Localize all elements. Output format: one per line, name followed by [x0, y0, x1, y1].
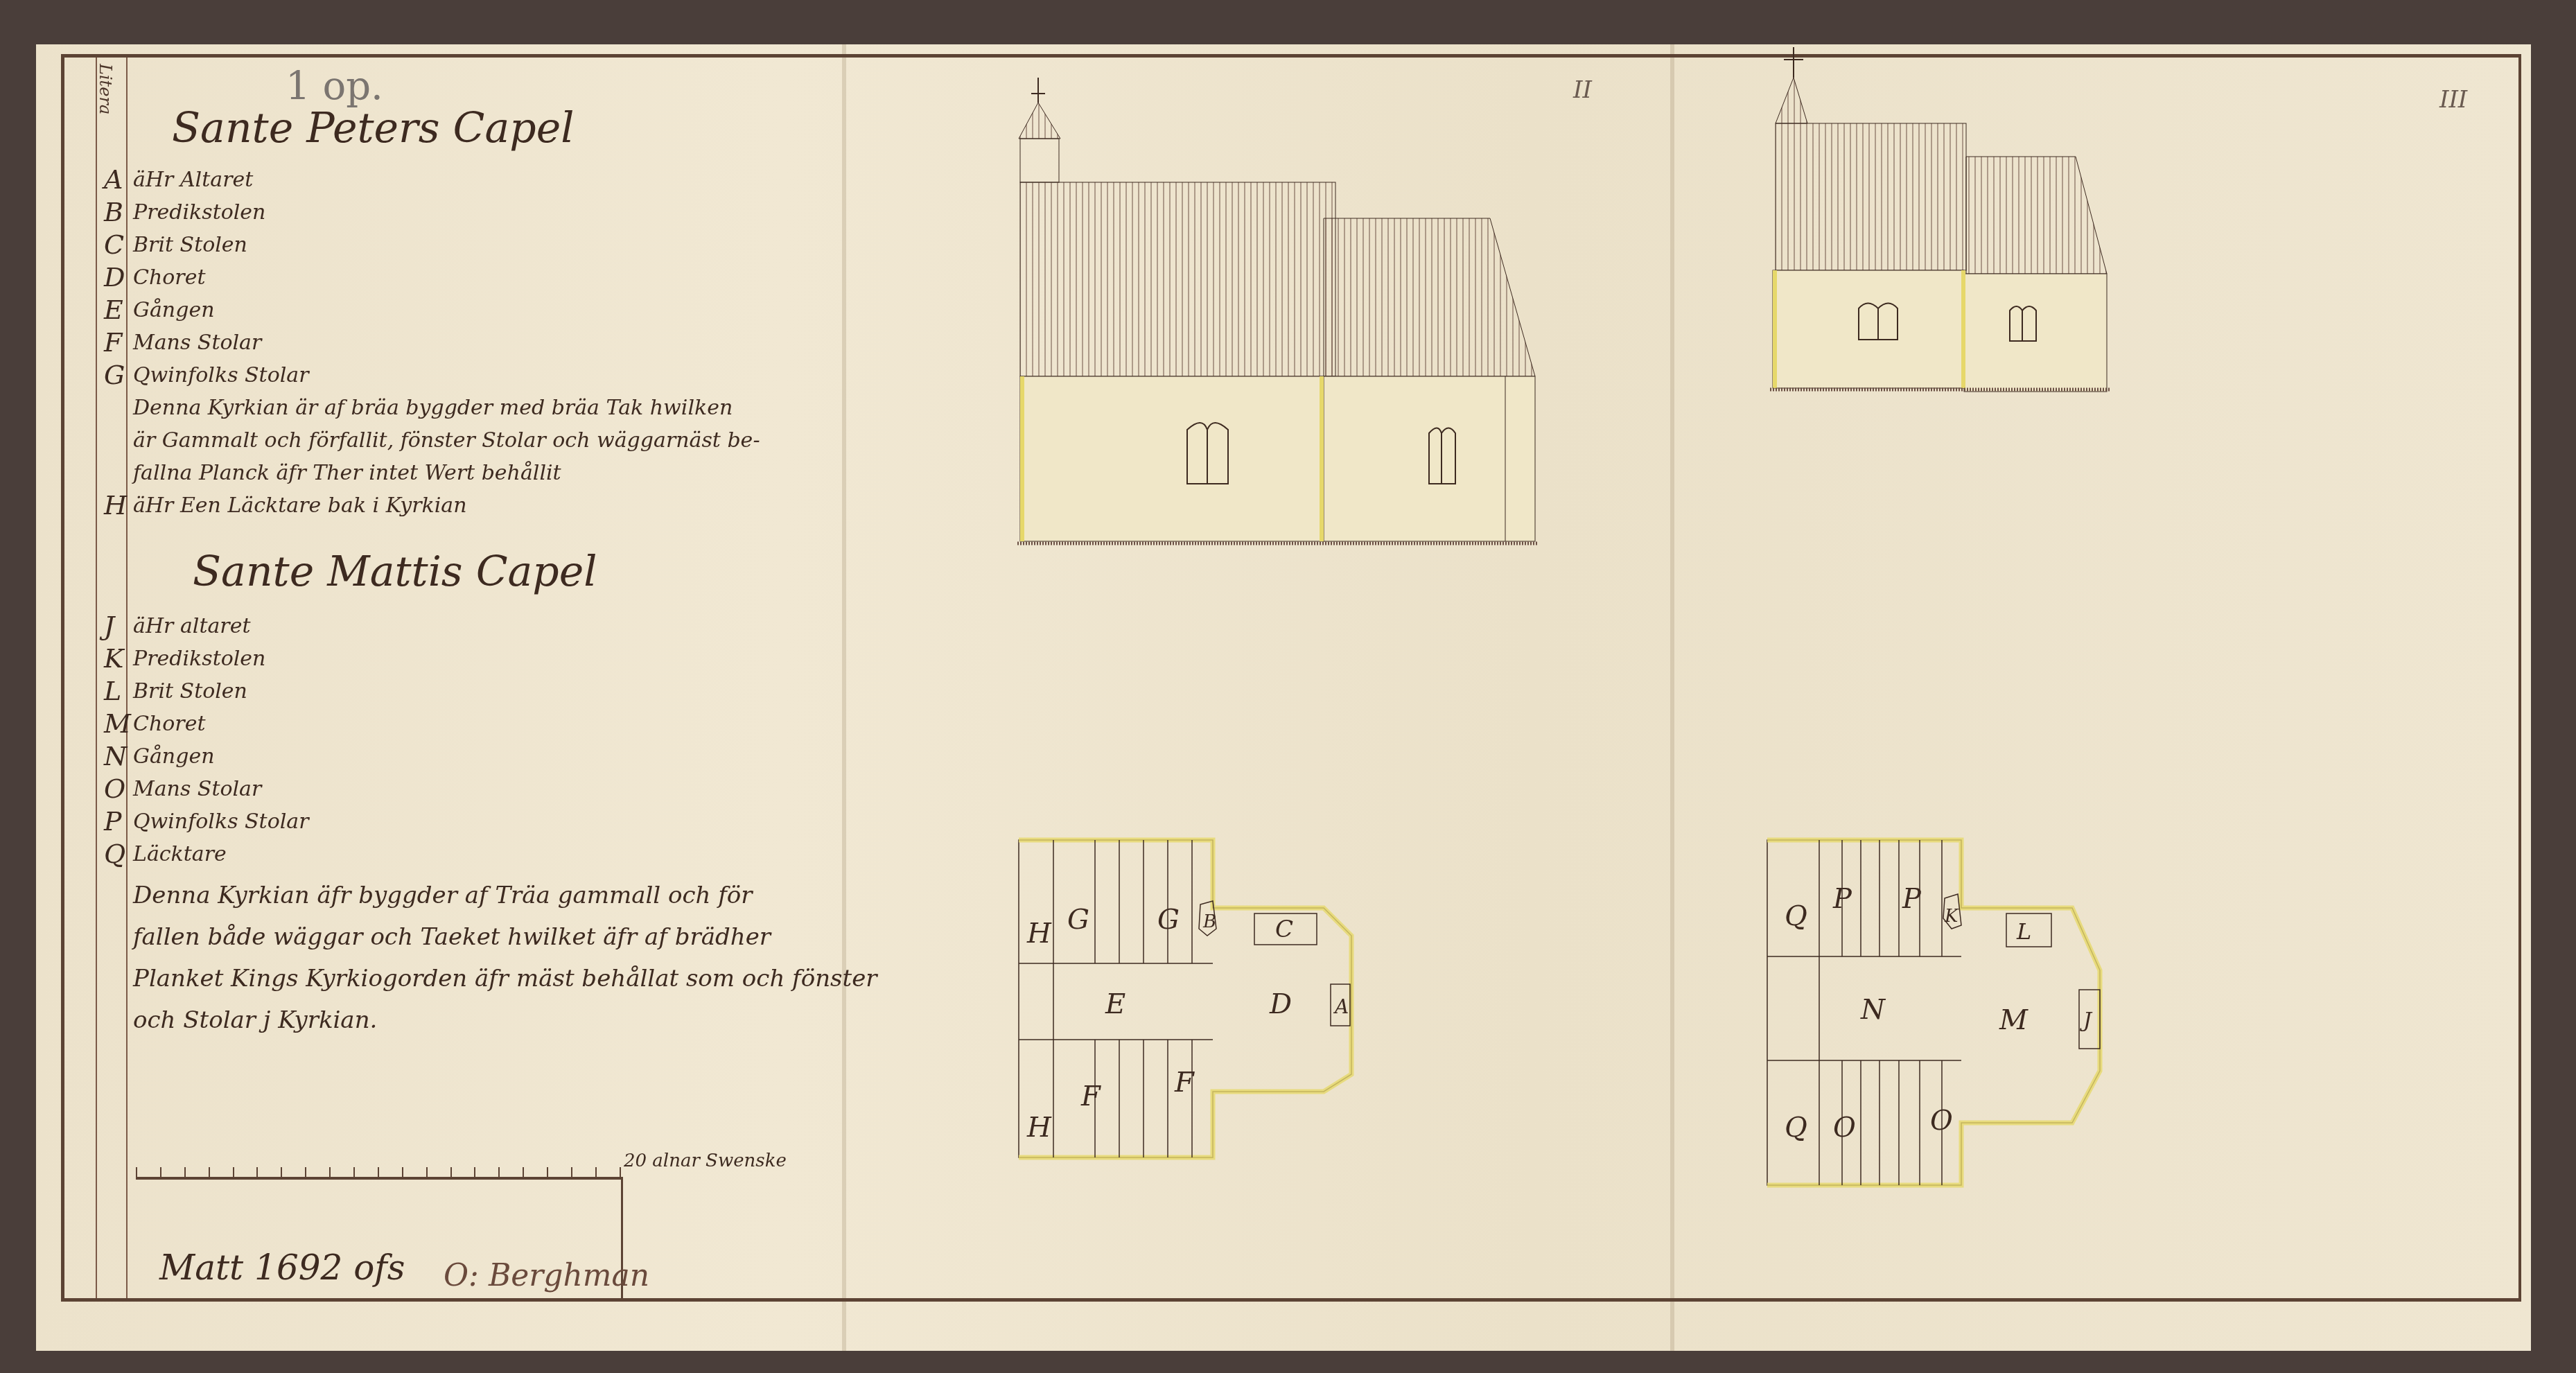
plan-label: Q — [1785, 900, 1807, 932]
margin-rule — [96, 58, 97, 1298]
plan-label: Q — [1785, 1112, 1807, 1144]
legend-row: NGången — [104, 740, 877, 773]
legend-row: BPredikstolen — [104, 196, 760, 229]
description-line: Denna Kyrkian äfr byggder af Träa gammal… — [133, 875, 877, 916]
legend-peters: AäHr Altaret BPredikstolen CBrit Stolen … — [104, 164, 760, 522]
elevation-drawing-peters — [1005, 69, 1545, 624]
legend-text: Predikstolen — [133, 196, 265, 229]
legend-row: CBrit Stolen — [104, 229, 760, 261]
plan-label: N — [1860, 994, 1886, 1026]
scale-bar — [136, 1177, 621, 1180]
legend-row: QLäcktare — [104, 838, 877, 871]
legend-key: E — [104, 294, 133, 326]
legend-text: Choret — [133, 708, 206, 740]
description-line: fallen både wäggar och Taeket hwilket äf… — [133, 916, 877, 958]
plan-label: F — [1174, 1067, 1195, 1099]
legend-row: MChoret — [104, 708, 877, 740]
plan-label: G — [1067, 904, 1089, 936]
plan-label: O — [1833, 1112, 1856, 1144]
legend-key: N — [104, 740, 133, 773]
plan-label: O — [1930, 1105, 1953, 1137]
legend-text: Choret — [133, 261, 206, 294]
description-mattis: Denna Kyrkian äfr byggder af Träa gammal… — [104, 875, 877, 1041]
plan-label: L — [2016, 918, 2031, 945]
margin-header: Litera — [96, 64, 115, 114]
legend-row: GQwinfolks Stolar — [104, 359, 760, 392]
legend-key: Q — [104, 838, 133, 871]
legend-text: Brit Stolen — [133, 675, 247, 708]
legend-text: Qwinfolks Stolar — [133, 359, 309, 392]
plan-label: P — [1902, 883, 1922, 915]
legend-key: L — [104, 675, 133, 708]
section-title-peters: Sante Peters Capel — [172, 104, 574, 152]
legend-row: JäHr altaret — [104, 610, 877, 642]
legend-text: Brit Stolen — [133, 229, 247, 261]
legend-text: Mans Stolar — [133, 773, 261, 805]
plan-label: K — [1944, 906, 1959, 927]
plan-label: C — [1275, 916, 1293, 943]
legend-row: LBrit Stolen — [104, 675, 877, 708]
plan-label: H — [1026, 1112, 1052, 1144]
description-line: är Gammalt och förfallit, fönster Stolar… — [104, 424, 760, 457]
legend-key: O — [104, 773, 133, 805]
legend-key: P — [104, 805, 133, 838]
section-title-mattis: Sante Mattis Capel — [193, 548, 597, 596]
legend-row: PQwinfolks Stolar — [104, 805, 877, 838]
legend-row: DChoret — [104, 261, 760, 294]
legend-key: H — [104, 489, 133, 522]
legend-key: B — [104, 196, 133, 229]
plan-label: G — [1157, 904, 1180, 936]
legend-text: Läcktare — [133, 838, 227, 871]
legend-key: C — [104, 229, 133, 261]
page-number-2: II — [1573, 76, 1592, 104]
legend-text: Gången — [133, 740, 214, 773]
legend-text: äHr Altaret — [133, 164, 253, 196]
floor-plan-peters: H G G B C E D A H F F — [1012, 832, 1539, 1164]
plan-label: P — [1832, 883, 1852, 915]
description-line: fallna Planck äfr Ther intet Wert behåll… — [104, 457, 760, 489]
legend-key: D — [104, 261, 133, 294]
legend-key: F — [104, 326, 133, 359]
floor-plan-mattis: Q P P K L N M J Q O O — [1760, 832, 2329, 1206]
legend-key: J — [104, 610, 133, 642]
plan-label: F — [1080, 1081, 1101, 1112]
legend-row: OMans Stolar — [104, 773, 877, 805]
legend-text: Qwinfolks Stolar — [133, 805, 309, 838]
legend-key: K — [104, 642, 133, 675]
description-line: Denna Kyrkian är af bräa byggder med brä… — [104, 392, 760, 424]
plan-label: D — [1269, 988, 1292, 1020]
scale-ticks — [136, 1167, 621, 1177]
signature-date: Matt 1692 ofs — [159, 1248, 405, 1288]
scale-unit-label: 20 alnar Swenske — [624, 1151, 787, 1171]
legend-text: äHr altaret — [133, 610, 251, 642]
page-number-3: III — [2439, 86, 2467, 114]
elevation-drawing-mattis — [1760, 42, 2336, 638]
legend-text: Mans Stolar — [133, 326, 261, 359]
legend-key: M — [104, 708, 133, 740]
plan-label: M — [1999, 1004, 2029, 1036]
legend-row: AäHr Altaret — [104, 164, 760, 196]
plan-label: A — [1333, 995, 1349, 1018]
description-line: och Stolar j Kyrkian. — [133, 999, 877, 1041]
plan-label: E — [1105, 988, 1125, 1020]
signature-berghman: O: Berghman — [444, 1258, 649, 1293]
plan-label: J — [2079, 1008, 2093, 1033]
legend-text: Gången — [133, 294, 214, 326]
description-line: Planket Kings Kyrkiogorden äfr mäst behå… — [133, 958, 877, 999]
plan-label: B — [1202, 911, 1216, 932]
legend-key: A — [104, 164, 133, 196]
plan-label: H — [1026, 918, 1052, 950]
legend-text: Predikstolen — [133, 642, 265, 675]
legend-text: äHr Een Läcktare bak i Kyrkian — [133, 489, 467, 522]
pencil-note: 1 op. — [286, 64, 383, 109]
legend-mattis: JäHr altaret KPredikstolen LBrit Stolen … — [104, 610, 877, 1041]
legend-row: FMans Stolar — [104, 326, 760, 359]
legend-row: KPredikstolen — [104, 642, 877, 675]
legend-row: EGången — [104, 294, 760, 326]
legend-key: G — [104, 359, 133, 392]
legend-row: HäHr Een Läcktare bak i Kyrkian — [104, 489, 760, 522]
